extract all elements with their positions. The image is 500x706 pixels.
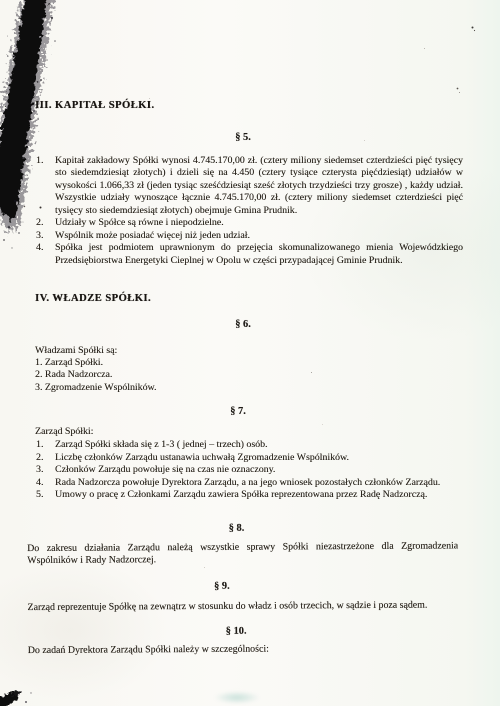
list-item: Rada Nadzorcza.	[35, 369, 463, 381]
section-heading-authorities: IV. WŁADZE SPÓŁKI.	[35, 292, 463, 305]
scanned-document-page: { "colors": { "paper": "#f9f8f4", "ink":…	[0, 0, 500, 706]
section-heading-capital: III. KAPITAŁ SPÓŁKI.	[35, 99, 463, 112]
paragraph-marker-5: § 5.	[29, 131, 457, 144]
ink-smudge-artifact	[214, 691, 260, 704]
list-item: Zarząd Spółki.	[35, 357, 463, 369]
list-item: Członków Zarządu powołuje się na czas ni…	[35, 464, 463, 476]
paragraph-10-body: Do zadań Dyrektora Zarządu Spółki należy…	[28, 643, 459, 658]
paragraph-5-list: Kapitał zakładowy Spółki wynosi 4.745.17…	[35, 155, 463, 267]
list-item: Liczbę członków Zarządu ustanawia uchwał…	[35, 452, 463, 464]
paragraph-marker-9: § 9.	[6, 578, 437, 594]
list-item: Udziały w Spółce są równe i niepodzielne…	[35, 217, 463, 229]
list-item: Zgromadzenie Wspólników.	[35, 382, 463, 394]
paragraph-7-intro: Zarząd Spółki:	[35, 426, 463, 438]
document-body-upper: III. KAPITAŁ SPÓŁKI. § 5. Kapitał zakład…	[35, 99, 463, 502]
paragraph-marker-7: § 7.	[24, 405, 452, 418]
list-item: Zarząd Spółki składa się z 1-3 ( jednej …	[35, 439, 463, 451]
list-item: Spółka jest podmiotem uprawnionym do prz…	[35, 242, 463, 267]
paragraph-8-body: Do zakresu działania Zarządu należą wszy…	[27, 540, 458, 568]
paragraph-7-list: Zarząd Spółki składa się z 1-3 ( jednej …	[35, 439, 463, 501]
list-item: Rada Nadzorcza powołuje Dyrektora Zarząd…	[35, 477, 463, 489]
paragraph-marker-10: § 10.	[21, 624, 452, 640]
list-item: Kapitał zakładowy Spółki wynosi 4.745.17…	[35, 155, 463, 217]
list-item: Umowy o pracę z Członkami Zarządu zawier…	[35, 489, 463, 501]
list-item: Wspólnik może posiadać więcej niż jeden …	[35, 230, 463, 242]
document-body-lower: § 8. Do zakresu działania Zarządu należą…	[27, 520, 459, 657]
paragraph-6-list: Zarząd Spółki. Rada Nadzorcza. Zgromadze…	[35, 357, 463, 394]
paragraph-marker-6: § 6.	[29, 318, 457, 331]
paragraph-9-body: Zarząd reprezentuje Spółkę na zewnątrz w…	[27, 599, 458, 614]
paragraph-marker-8: § 8.	[21, 520, 452, 536]
paragraph-6-intro: Władzami Spółki są:	[35, 345, 463, 357]
scan-corner-artifact	[0, 683, 40, 706]
